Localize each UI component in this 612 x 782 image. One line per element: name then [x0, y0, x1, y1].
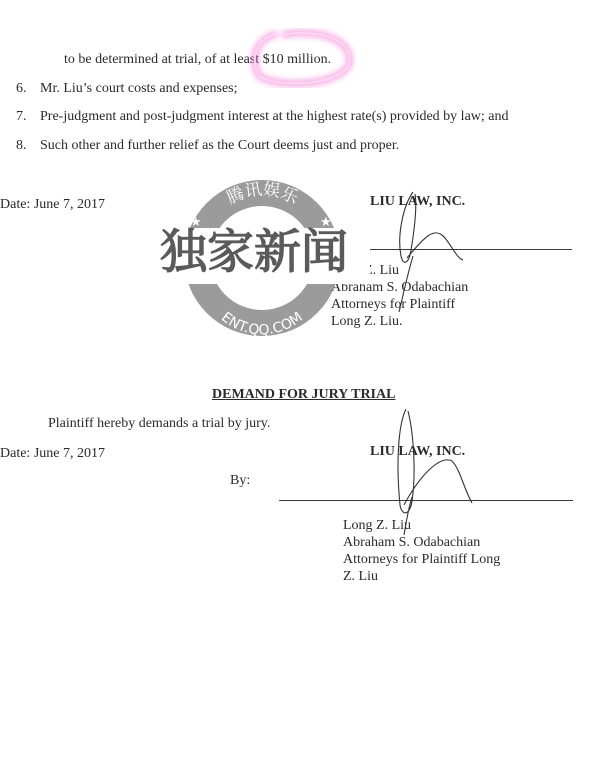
relief-number: 8.: [16, 138, 40, 154]
relief-number: 7.: [16, 109, 40, 125]
first-handwritten-signature: [385, 186, 495, 316]
relief-text: Mr. Liu’s court costs and expenses;: [40, 81, 238, 96]
jury-demand-heading: DEMAND FOR JURY TRIAL: [212, 387, 395, 403]
jury-demand-statement: Plaintiff hereby demands a trial by jury…: [48, 416, 270, 432]
first-date: Date: June 7, 2017: [0, 197, 105, 213]
signer-line: Z. Liu: [343, 568, 500, 585]
relief-number: 6.: [16, 81, 40, 97]
second-handwritten-signature: [390, 405, 500, 535]
signer-line: Attorneys for Plaintiff Long: [343, 551, 500, 568]
relief-item-7: 7.Pre-judgment and post-judgment interes…: [16, 109, 509, 125]
relief-item-8: 8.Such other and further relief as the C…: [16, 138, 399, 154]
signer-line: Abraham S. Odabachian: [343, 534, 500, 551]
second-date: Date: June 7, 2017: [0, 446, 105, 462]
relief-text: Such other and further relief as the Cou…: [40, 138, 399, 153]
second-by-label: By:: [230, 473, 250, 489]
relief-text: Pre-judgment and post-judgment interest …: [40, 109, 509, 124]
watermark-main-text: 独家新闻: [160, 228, 348, 278]
relief-item-6: 6.Mr. Liu’s court costs and expenses;: [16, 81, 238, 97]
highlight-circle-annotation: [247, 28, 357, 88]
